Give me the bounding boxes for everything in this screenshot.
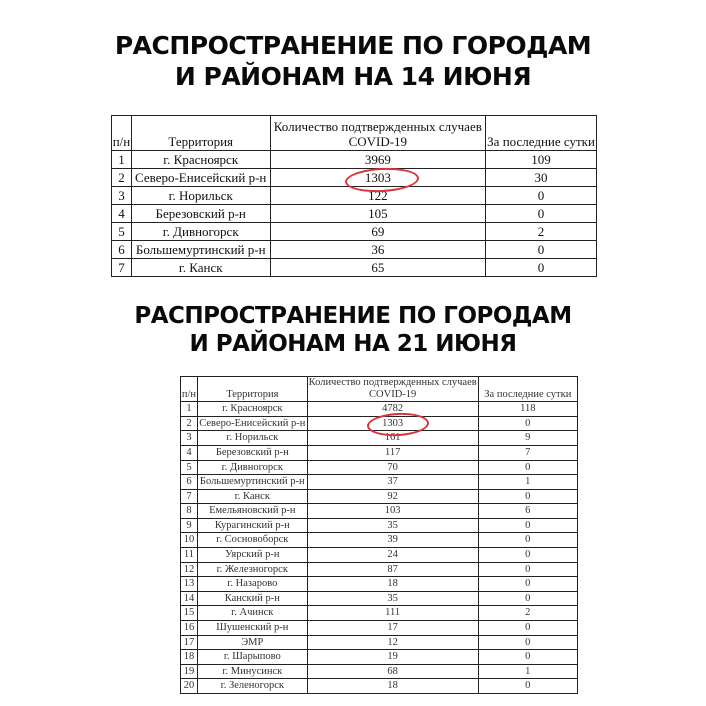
cell-last-day: 0 <box>478 416 577 431</box>
table-row: 8Емельяновский р-н1036 <box>181 504 578 519</box>
cell-num: 3 <box>112 187 132 205</box>
cell-territory: г. Дивногорск <box>197 460 307 475</box>
cell-cases: 111 <box>307 606 478 621</box>
cell-cases: 1303 <box>270 169 486 187</box>
cell-territory: г. Красноярск <box>197 402 307 417</box>
table-row: 11Уярский р-н240 <box>181 548 578 563</box>
cell-cases: 117 <box>307 445 478 460</box>
cell-num: 16 <box>181 621 198 636</box>
cell-last-day: 0 <box>478 650 577 665</box>
cell-last-day: 0 <box>478 562 577 577</box>
cell-last-day: 0 <box>478 548 577 563</box>
title-line-2: И РАЙОНАМ НА 14 ИЮНЯ <box>0 62 706 93</box>
title-line-2: И РАЙОНАМ НА 21 ИЮНЯ <box>0 330 706 358</box>
cell-num: 4 <box>181 445 198 460</box>
cell-num: 13 <box>181 577 198 592</box>
cell-last-day: 0 <box>486 205 597 223</box>
cell-territory: Канский р-н <box>197 591 307 606</box>
table-row: 12г. Железногорск870 <box>181 562 578 577</box>
cell-territory: Северо-Енисейский р-н <box>131 169 270 187</box>
cell-last-day: 6 <box>478 504 577 519</box>
cell-num: 15 <box>181 606 198 621</box>
cell-cases: 105 <box>270 205 486 223</box>
cell-cases: 4782 <box>307 402 478 417</box>
cell-territory: г. Канск <box>131 259 270 277</box>
table-header-row: п/н Территория Количество подтвержденных… <box>181 377 578 402</box>
title-line-1: РАСПРОСТРАНЕНИЕ ПО ГОРОДАМ <box>0 302 706 330</box>
cell-cases: 65 <box>270 259 486 277</box>
cell-num: 1 <box>112 151 132 169</box>
header-num: п/н <box>112 116 132 151</box>
header-cases-line1: Количество подтвержденных случаев <box>308 377 478 389</box>
cell-last-day: 2 <box>486 223 597 241</box>
cell-cases: 36 <box>270 241 486 259</box>
cell-cases: 69 <box>270 223 486 241</box>
table-row: 20г. Зеленогорск180 <box>181 679 578 694</box>
cell-num: 5 <box>181 460 198 475</box>
cell-territory: г. Сосновоборск <box>197 533 307 548</box>
table-row: 15г. Ачинск1112 <box>181 606 578 621</box>
cell-cases: 122 <box>270 187 486 205</box>
cell-cases: 92 <box>307 489 478 504</box>
cell-last-day: 0 <box>478 460 577 475</box>
cell-last-day: 0 <box>478 679 577 694</box>
cell-num: 1 <box>181 402 198 417</box>
table-row: 7г. Канск650 <box>112 259 597 277</box>
table-row: 19г. Минусинск681 <box>181 664 578 679</box>
table-row: 1г. Красноярск3969109 <box>112 151 597 169</box>
cell-cases: 19 <box>307 650 478 665</box>
cell-territory: ЭМР <box>197 635 307 650</box>
table-row: 2Северо-Енисейский р-н130330 <box>112 169 597 187</box>
header-cases-line1: Количество подтвержденных случаев <box>271 120 486 135</box>
cell-num: 20 <box>181 679 198 694</box>
table-row: 5г. Дивногорск692 <box>112 223 597 241</box>
header-last-day: За последние сутки <box>486 116 597 151</box>
cell-territory: г. Железногорск <box>197 562 307 577</box>
cell-num: 17 <box>181 635 198 650</box>
cell-territory: г. Норильск <box>197 431 307 446</box>
cell-cases: 35 <box>307 518 478 533</box>
table-row: 3г. Норильск1220 <box>112 187 597 205</box>
cell-last-day: 9 <box>478 431 577 446</box>
cell-cases: 3969 <box>270 151 486 169</box>
header-territory: Территория <box>197 377 307 402</box>
title-line-1: РАСПРОСТРАНЕНИЕ ПО ГОРОДАМ <box>0 31 706 62</box>
cell-territory: г. Красноярск <box>131 151 270 169</box>
cell-last-day: 0 <box>478 635 577 650</box>
table-june-21: п/н Территория Количество подтвержденных… <box>180 376 578 694</box>
table-row: 7г. Канск920 <box>181 489 578 504</box>
cell-territory: г. Норильск <box>131 187 270 205</box>
cell-territory: г. Зеленогорск <box>197 679 307 694</box>
table-row: 13г. Назарово180 <box>181 577 578 592</box>
cell-num: 7 <box>112 259 132 277</box>
cell-cases: 35 <box>307 591 478 606</box>
title-june-14: РАСПРОСТРАНЕНИЕ ПО ГОРОДАМ И РАЙОНАМ НА … <box>0 31 706 92</box>
cell-territory: Березовский р-н <box>197 445 307 460</box>
cell-num: 4 <box>112 205 132 223</box>
cell-cases: 87 <box>307 562 478 577</box>
cell-cases: 18 <box>307 679 478 694</box>
header-cases: Количество подтвержденных случаев COVID-… <box>270 116 486 151</box>
cell-num: 2 <box>112 169 132 187</box>
cell-cases: 68 <box>307 664 478 679</box>
title-june-21: РАСПРОСТРАНЕНИЕ ПО ГОРОДАМ И РАЙОНАМ НА … <box>0 302 706 358</box>
table-row: 5г. Дивногорск700 <box>181 460 578 475</box>
table-row: 9Курагинский р-н350 <box>181 518 578 533</box>
cell-last-day: 1 <box>478 475 577 490</box>
cell-territory: г. Шарыпово <box>197 650 307 665</box>
cell-territory: Курагинский р-н <box>197 518 307 533</box>
cell-cases: 24 <box>307 548 478 563</box>
cell-num: 5 <box>112 223 132 241</box>
cell-num: 8 <box>181 504 198 519</box>
table-row: 6Большемуртинский р-н371 <box>181 475 578 490</box>
cell-num: 9 <box>181 518 198 533</box>
cell-territory: г. Ачинск <box>197 606 307 621</box>
cell-num: 10 <box>181 533 198 548</box>
header-cases: Количество подтвержденных случаев COVID-… <box>307 377 478 402</box>
table-row: 10г. Сосновоборск390 <box>181 533 578 548</box>
cell-last-day: 118 <box>478 402 577 417</box>
header-cases-line2: COVID-19 <box>308 389 478 401</box>
cell-last-day: 0 <box>478 591 577 606</box>
cell-num: 19 <box>181 664 198 679</box>
cell-last-day: 0 <box>486 259 597 277</box>
table-row: 6Большемуртинский р-н360 <box>112 241 597 259</box>
header-cases-line2: COVID-19 <box>271 135 486 150</box>
header-num: п/н <box>181 377 198 402</box>
table-row: 3г. Норильск1619 <box>181 431 578 446</box>
cell-territory: Уярский р-н <box>197 548 307 563</box>
header-last-day: За последние сутки <box>478 377 577 402</box>
cell-cases: 1303 <box>307 416 478 431</box>
table-row: 4Березовский р-н1177 <box>181 445 578 460</box>
cell-territory: Большемуртинский р-н <box>197 475 307 490</box>
table-june-14: п/н Территория Количество подтвержденных… <box>111 115 597 277</box>
cell-num: 12 <box>181 562 198 577</box>
cell-territory: г. Дивногорск <box>131 223 270 241</box>
cell-num: 6 <box>112 241 132 259</box>
cell-last-day: 1 <box>478 664 577 679</box>
cell-last-day: 0 <box>486 241 597 259</box>
cell-last-day: 0 <box>478 518 577 533</box>
table-row: 4Березовский р-н1050 <box>112 205 597 223</box>
cell-territory: Большемуртинский р-н <box>131 241 270 259</box>
table-row: 14Канский р-н350 <box>181 591 578 606</box>
cell-territory: Березовский р-н <box>131 205 270 223</box>
cell-num: 6 <box>181 475 198 490</box>
table-row: 1г. Красноярск4782118 <box>181 402 578 417</box>
cell-last-day: 0 <box>478 489 577 504</box>
cell-territory: г. Минусинск <box>197 664 307 679</box>
table-row: 16Шушенский р-н170 <box>181 621 578 636</box>
cell-cases: 37 <box>307 475 478 490</box>
cell-cases: 18 <box>307 577 478 592</box>
table-row: 2Северо-Енисейский р-н13030 <box>181 416 578 431</box>
cell-last-day: 30 <box>486 169 597 187</box>
table-row: 17ЭМР120 <box>181 635 578 650</box>
table-header-row: п/н Территория Количество подтвержденных… <box>112 116 597 151</box>
cell-last-day: 109 <box>486 151 597 169</box>
cell-last-day: 0 <box>478 533 577 548</box>
cell-num: 7 <box>181 489 198 504</box>
cell-num: 14 <box>181 591 198 606</box>
cell-last-day: 2 <box>478 606 577 621</box>
cell-num: 2 <box>181 416 198 431</box>
cell-last-day: 0 <box>478 577 577 592</box>
cell-num: 18 <box>181 650 198 665</box>
cell-cases: 103 <box>307 504 478 519</box>
cell-territory: Северо-Енисейский р-н <box>197 416 307 431</box>
cell-cases: 39 <box>307 533 478 548</box>
cell-territory: г. Назарово <box>197 577 307 592</box>
cell-territory: г. Канск <box>197 489 307 504</box>
cell-cases: 70 <box>307 460 478 475</box>
cell-last-day: 0 <box>478 621 577 636</box>
cell-last-day: 0 <box>486 187 597 205</box>
cell-cases: 12 <box>307 635 478 650</box>
cell-num: 3 <box>181 431 198 446</box>
cell-cases: 161 <box>307 431 478 446</box>
table-row: 18г. Шарыпово190 <box>181 650 578 665</box>
header-territory: Территория <box>131 116 270 151</box>
cell-last-day: 7 <box>478 445 577 460</box>
cell-territory: Шушенский р-н <box>197 621 307 636</box>
cell-num: 11 <box>181 548 198 563</box>
cell-cases: 17 <box>307 621 478 636</box>
cell-territory: Емельяновский р-н <box>197 504 307 519</box>
